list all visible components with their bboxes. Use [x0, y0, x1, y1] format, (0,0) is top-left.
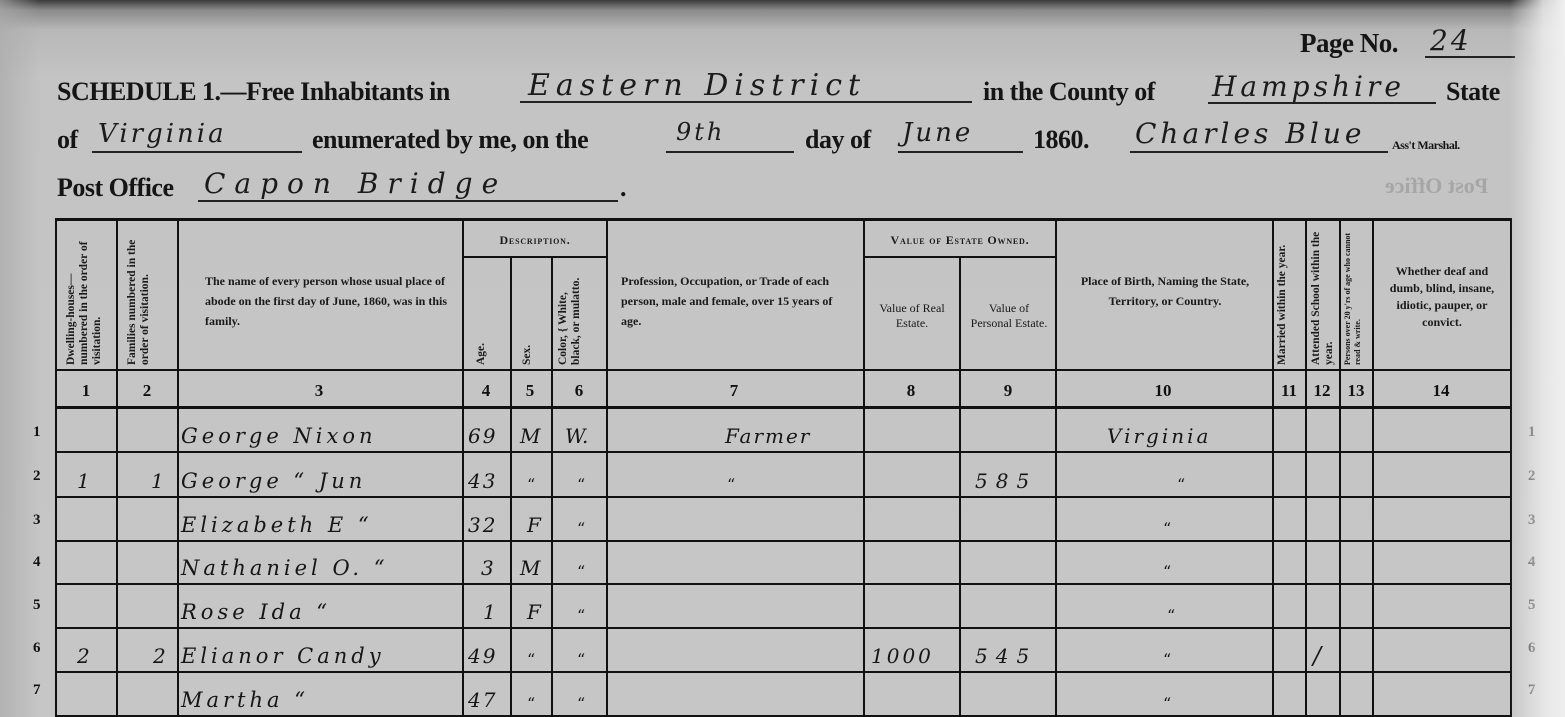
- column-number: 4: [482, 381, 491, 401]
- cell-birthplace: “: [1163, 519, 1171, 538]
- cell-personal-estate: 545: [975, 644, 1037, 668]
- cell-sex: F: [527, 513, 541, 537]
- cell-birthplace: “: [1163, 650, 1171, 669]
- district-underline: [520, 101, 972, 103]
- grid-line: [863, 221, 865, 717]
- grid-line: [551, 256, 553, 717]
- month-value: June: [902, 118, 973, 148]
- grid-line: [55, 221, 57, 717]
- county-label: in the County of: [983, 77, 1155, 107]
- grid-line: [55, 406, 1512, 409]
- grid-line: [863, 256, 1057, 258]
- column-number: 8: [907, 381, 916, 401]
- column-number: 2: [143, 381, 152, 401]
- line-number-left: 3: [33, 512, 41, 529]
- cell-school: /: [1313, 642, 1321, 670]
- grid-line: [55, 369, 1512, 371]
- county-underline: [1208, 102, 1436, 104]
- marshal-label: Ass't Marshal.: [1392, 138, 1460, 153]
- grid-line: [1339, 221, 1341, 717]
- column-number: 6: [575, 381, 584, 401]
- day-underline: [666, 151, 794, 153]
- column-number: 3: [315, 381, 324, 401]
- page-number-underline: [1425, 56, 1515, 58]
- cell-color: W.: [565, 424, 588, 448]
- county-value: Hampshire: [1212, 70, 1405, 103]
- header-school: Attended School within the year.: [1310, 227, 1336, 365]
- header-real-estate: Value of Real Estate.: [870, 301, 954, 331]
- grid-line: [606, 221, 608, 717]
- cell-sex: “: [527, 694, 535, 713]
- grid-line: [510, 256, 512, 717]
- page-number-label: Page No.: [1300, 28, 1398, 59]
- state-underline: [92, 151, 302, 153]
- day-of-label: day of: [805, 125, 871, 155]
- cell-birthplace: “: [1177, 475, 1185, 494]
- enumerated-label: enumerated by me, on the: [312, 125, 588, 155]
- grid-line: [1510, 221, 1512, 717]
- header-color: Color, { White, black, or mulatto.: [557, 261, 601, 365]
- cell-age: 32: [468, 513, 497, 537]
- cell-name: George “ Jun: [181, 469, 366, 493]
- schedule-title: SCHEDULE 1.—Free Inhabitants in: [57, 77, 450, 107]
- cell-color: “: [577, 562, 585, 581]
- marshal-underline: [1130, 151, 1388, 153]
- cell-color: “: [577, 650, 585, 669]
- cell-birthplace: Virginia: [1107, 424, 1211, 448]
- row-line: [55, 627, 1512, 629]
- line-number-right: 7: [1528, 682, 1536, 699]
- cell-name: George Nixon: [181, 424, 377, 448]
- row-line: [55, 496, 1512, 498]
- row-line: [55, 583, 1512, 585]
- cell-dwelling: 2: [77, 644, 92, 668]
- header-married: Married within the year.: [1276, 227, 1302, 365]
- cell-sex: “: [527, 475, 535, 494]
- cell-name: Elianor Candy: [181, 644, 385, 668]
- grid-line: [462, 221, 464, 717]
- month-underline: [898, 151, 1023, 153]
- cell-age: 3: [481, 556, 496, 580]
- cell-name: Rose Ida “: [181, 600, 331, 624]
- cell-dwelling: 1: [77, 469, 92, 493]
- post-office-underline: [198, 200, 618, 202]
- cell-name: Martha “: [181, 688, 309, 712]
- cell-color: “: [577, 606, 585, 625]
- grid-line: [1305, 221, 1307, 717]
- column-number: 5: [526, 381, 535, 401]
- line-number-right: 5: [1528, 597, 1536, 614]
- line-number-right: 1: [1528, 424, 1536, 441]
- column-number: 1: [82, 381, 91, 401]
- column-number: 14: [1433, 381, 1450, 401]
- state-label: State: [1446, 77, 1500, 107]
- line-number-left: 7: [33, 682, 41, 699]
- cell-age: 69: [468, 424, 497, 448]
- line-number-left: 2: [33, 468, 41, 485]
- header-condition: Whether deaf and dumb, blind, insane, id…: [1380, 263, 1504, 331]
- cell-family: 2: [153, 644, 168, 668]
- cell-personal-estate: 585: [975, 469, 1037, 493]
- header-group-description: Description.: [462, 233, 608, 248]
- bleed-through-text: Post Office: [1385, 173, 1488, 199]
- line-number-left: 1: [33, 424, 41, 441]
- header-age: Age.: [475, 261, 495, 365]
- cell-age: 43: [468, 469, 497, 493]
- column-number: 13: [1348, 381, 1365, 401]
- header-dwelling: Dwelling-houses— numbered in the order o…: [65, 227, 111, 365]
- row-line: [55, 540, 1512, 542]
- cell-real-estate: 1000: [871, 644, 934, 668]
- page-number: 24: [1430, 24, 1472, 57]
- cell-family: 1: [151, 469, 166, 493]
- cell-age: 47: [468, 688, 497, 712]
- cell-occupation: Farmer: [725, 424, 811, 448]
- grid-line: [177, 221, 179, 717]
- grid-line: [959, 256, 961, 717]
- of-label: of: [57, 125, 78, 155]
- header-family: Families numbered in the order of visita…: [126, 227, 172, 365]
- cell-sex: M: [520, 424, 540, 448]
- cell-sex: M: [520, 556, 540, 580]
- district-value: Eastern District: [528, 68, 866, 103]
- cell-birthplace: “: [1163, 694, 1171, 713]
- census-table: Dwelling-houses— numbered in the order o…: [55, 218, 1512, 717]
- cell-name: Elizabeth E “: [181, 513, 373, 537]
- post-office-value: Capon Bridge: [204, 167, 507, 200]
- line-number-left: 6: [33, 640, 41, 657]
- column-number: 12: [1314, 381, 1331, 401]
- line-number-right: 2: [1528, 468, 1536, 485]
- cell-birthplace: “: [1167, 606, 1175, 625]
- year: 1860.: [1033, 125, 1089, 155]
- cell-birthplace: “: [1163, 562, 1171, 581]
- state-value: Virginia: [98, 119, 227, 149]
- column-number: 7: [730, 381, 739, 401]
- post-office-period: .: [620, 173, 626, 203]
- grid-line: [462, 256, 608, 258]
- line-number-right: 3: [1528, 512, 1536, 529]
- line-number-left: 5: [33, 597, 41, 614]
- marshal-name: Charles Blue: [1135, 117, 1365, 150]
- header-sex: Sex.: [521, 261, 541, 365]
- post-office-label: Post Office: [57, 173, 174, 203]
- cell-color: “: [577, 475, 585, 494]
- line-number-right: 4: [1528, 554, 1536, 571]
- cell-sex: F: [527, 600, 541, 624]
- cell-age: 49: [468, 644, 497, 668]
- column-number: 11: [1281, 381, 1297, 401]
- grid-line: [1272, 221, 1274, 717]
- cell-age: 1: [483, 600, 498, 624]
- row-line: [55, 451, 1512, 453]
- census-page: Page No. 24 SCHEDULE 1.—Free Inhabitants…: [0, 0, 1565, 717]
- cell-color: “: [577, 519, 585, 538]
- header-name: The name of every person whose usual pla…: [205, 271, 450, 331]
- line-number-right: 6: [1528, 640, 1536, 657]
- grid-line: [1372, 221, 1374, 717]
- cell-color: “: [577, 694, 585, 713]
- header-personal-estate: Value of Personal Estate.: [967, 301, 1051, 331]
- column-number: 9: [1004, 381, 1013, 401]
- grid-line: [116, 221, 118, 717]
- day-value: 9th: [676, 118, 725, 146]
- cell-occupation: “: [727, 475, 735, 494]
- line-number-left: 4: [33, 554, 41, 571]
- header-group-estate: Value of Estate Owned.: [863, 233, 1057, 248]
- cell-name: Nathaniel O. “: [181, 556, 389, 580]
- grid-line: [1055, 221, 1057, 717]
- cell-sex: “: [527, 650, 535, 669]
- header-illiterate: Persons over 20 y'rs of age who cannot r…: [1343, 227, 1369, 365]
- row-line: [55, 671, 1512, 673]
- header-occupation: Profession, Occupation, or Trade of each…: [621, 271, 855, 331]
- header-birthplace: Place of Birth, Naming the State, Territ…: [1065, 271, 1265, 311]
- column-number: 10: [1155, 381, 1172, 401]
